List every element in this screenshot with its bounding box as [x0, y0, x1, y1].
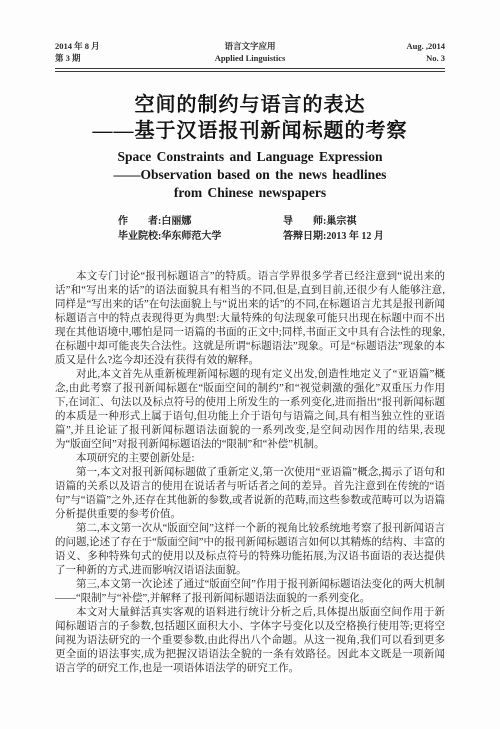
thesis-meta-block: 作 者:白丽娜 导 师:巢宗祺 毕业院校:华东师范大学 答辩日期:2013 年 …	[118, 215, 445, 243]
defense-date-value: 2013 年 12 月	[326, 231, 384, 242]
issue-date-en: Aug. ,2014	[325, 40, 445, 52]
defense-date-label: 答辩日期:	[283, 231, 326, 242]
article-subtitle-zh: ——基于汉语报刊新闻标题的考察	[55, 118, 445, 144]
issue-number-zh: 第 3 期	[55, 52, 175, 64]
abstract-paragraph: 第一,本文对报刊新闻标题做了重新定义,第一次使用“亚语篇”概念,揭示了语句和语篇…	[55, 466, 445, 522]
author-name: 白丽娜	[161, 216, 191, 227]
article-title-en: Space Constraints and Language Expressio…	[55, 148, 445, 166]
article-title-block: 空间的制约与语言的表达 ——基于汉语报刊新闻标题的考察 Space Constr…	[55, 92, 445, 202]
school-label: 毕业院校:	[118, 231, 161, 242]
article-title-zh: 空间的制约与语言的表达	[55, 92, 445, 118]
masthead-issue-info-zh: 2014 年 8 月 第 3 期	[55, 40, 175, 64]
abstract-paragraph: 对此,本文首先从重新梳理新闻标题的现有定义出发,创造性地定义了“亚语篇”概念,由…	[55, 368, 445, 452]
journal-name-zh: 语言文字应用	[175, 40, 325, 52]
abstract-paragraph: 第三,本文第一次论述了通过“版面空间”作用于报刊新闻标题语法变化的两大机制——“…	[55, 578, 445, 606]
school-field: 毕业院校:华东师范大学	[118, 230, 283, 243]
abstract-body: 本文专门讨论“报刊标题语言”的特质。语言学界很多学者已经注意到“说出来的话”和“…	[55, 270, 445, 676]
journal-name-en: Applied Linguistics	[175, 52, 325, 64]
abstract-paragraph: 本文对大量鲜活真实客观的语料进行统计分析之后,具体提出版面空间作用于新闻标题语言…	[55, 606, 445, 676]
article-subtitle-en-line1: ——Observation based on the news headline…	[55, 166, 445, 184]
masthead-issue-info-en: Aug. ,2014 No. 3	[325, 40, 445, 64]
advisor-label: 导 师:	[283, 216, 326, 227]
advisor-field: 导 师:巢宗祺	[283, 215, 445, 228]
defense-date-field: 答辩日期:2013 年 12 月	[283, 230, 445, 243]
abstract-paragraph: 本文专门讨论“报刊标题语言”的特质。语言学界很多学者已经注意到“说出来的话”和“…	[55, 270, 445, 368]
issue-date-zh: 2014 年 8 月	[55, 40, 175, 52]
journal-masthead: 2014 年 8 月 第 3 期 语言文字应用 Applied Linguist…	[55, 40, 445, 64]
author-label: 作 者:	[118, 216, 161, 227]
advisor-name: 巢宗祺	[326, 216, 356, 227]
journal-page: 2014 年 8 月 第 3 期 语言文字应用 Applied Linguist…	[0, 0, 500, 729]
school-name: 华东师范大学	[161, 231, 221, 242]
abstract-paragraph: 第二,本文第一次从“版面空间”这样一个新的视角比较系统地考察了报刊新闻语言的问题…	[55, 522, 445, 578]
issue-number-en: No. 3	[325, 52, 445, 64]
article-subtitle-en-line2: from Chinese newspapers	[55, 184, 445, 202]
header-divider-rule	[55, 68, 445, 72]
author-field: 作 者:白丽娜	[118, 215, 283, 228]
abstract-paragraph: 本项研究的主要创新处是:	[55, 452, 445, 466]
masthead-journal-name: 语言文字应用 Applied Linguistics	[175, 40, 325, 64]
